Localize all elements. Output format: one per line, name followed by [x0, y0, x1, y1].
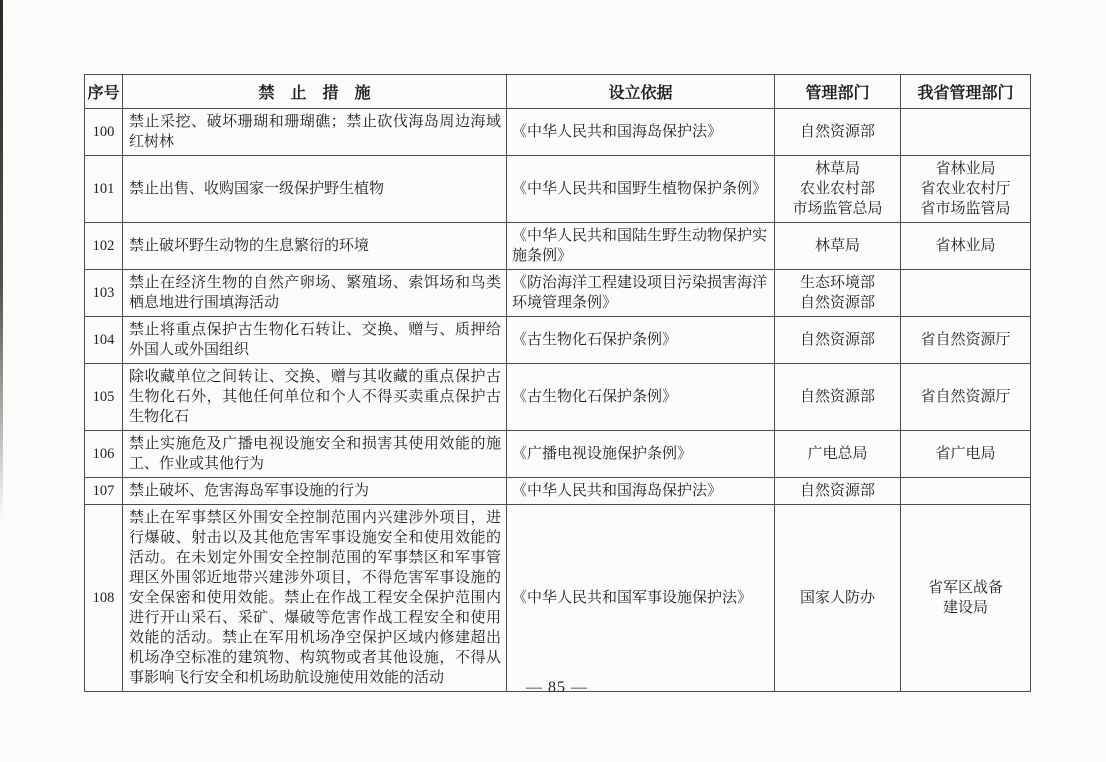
provincial-department-cell	[901, 109, 1031, 156]
management-department-cell: 自然资源部	[775, 364, 901, 431]
table-header-row: 序号 禁 止 措 施 设立依据 管理部门 我省管理部门	[85, 75, 1031, 109]
serial-number-cell: 104	[85, 317, 123, 364]
measure-cell: 禁止出售、收购国家一级保护野生植物	[123, 156, 507, 223]
serial-number-cell: 100	[85, 109, 123, 156]
serial-number-cell: 102	[85, 223, 123, 270]
measure-cell: 禁止实施危及广播电视设施安全和损害其使用效能的施工、作业或其他行为	[123, 431, 507, 478]
serial-number-cell: 106	[85, 431, 123, 478]
table-row: 107 禁止破坏、危害海岛军事设施的行为 《中华人民共和国海岛保护法》 自然资源…	[85, 478, 1031, 505]
provincial-department-cell: 省林业局	[901, 223, 1031, 270]
header-provincial-department: 我省管理部门	[901, 75, 1031, 109]
scan-edge-artifact	[0, 0, 3, 520]
management-department-cell: 广电总局	[775, 431, 901, 478]
serial-number-cell: 105	[85, 364, 123, 431]
provincial-department-cell: 省林业局 省农业农村厅 省市场监管局	[901, 156, 1031, 223]
header-prohibited-measures: 禁 止 措 施	[123, 75, 507, 109]
header-management-department: 管理部门	[775, 75, 901, 109]
measure-cell: 禁止采挖、破坏珊瑚和珊瑚礁；禁止砍伐海岛周边海域红树林	[123, 109, 507, 156]
provincial-department-cell	[901, 270, 1031, 317]
table-row: 106 禁止实施危及广播电视设施安全和损害其使用效能的施工、作业或其他行为 《广…	[85, 431, 1031, 478]
management-department-cell: 自然资源部	[775, 317, 901, 364]
management-department-cell: 自然资源部	[775, 478, 901, 505]
provincial-department-cell	[901, 478, 1031, 505]
measure-cell: 禁止在军事禁区外围安全控制范围内兴建涉外项目，进行爆破、射击以及其他危害军事设施…	[123, 505, 507, 692]
serial-number-cell: 103	[85, 270, 123, 317]
table-row: 100 禁止采挖、破坏珊瑚和珊瑚礁；禁止砍伐海岛周边海域红树林 《中华人民共和国…	[85, 109, 1031, 156]
management-department-cell: 林草局	[775, 223, 901, 270]
basis-cell: 《中华人民共和国陆生野生动物保护实施条例》	[507, 223, 775, 270]
measure-cell: 禁止在经济生物的自然产卵场、繁殖场、索饵场和鸟类栖息地进行围填海活动	[123, 270, 507, 317]
basis-cell: 《广播电视设施保护条例》	[507, 431, 775, 478]
provincial-department-cell: 省自然资源厅	[901, 317, 1031, 364]
management-department-cell: 国家人防办	[775, 505, 901, 692]
management-department-cell: 林草局 农业农村部 市场监管总局	[775, 156, 901, 223]
table-row: 103 禁止在经济生物的自然产卵场、繁殖场、索饵场和鸟类栖息地进行围填海活动 《…	[85, 270, 1031, 317]
basis-cell: 《防治海洋工程建设项目污染损害海洋环境管理条例》	[507, 270, 775, 317]
header-legal-basis: 设立依据	[507, 75, 775, 109]
provincial-department-cell: 省自然资源厅	[901, 364, 1031, 431]
provincial-department-cell: 省广电局	[901, 431, 1031, 478]
table-row: 108 禁止在军事禁区外围安全控制范围内兴建涉外项目，进行爆破、射击以及其他危害…	[85, 505, 1031, 692]
basis-cell: 《古生物化石保护条例》	[507, 364, 775, 431]
basis-cell: 《古生物化石保护条例》	[507, 317, 775, 364]
basis-cell: 《中华人民共和国军事设施保护法》	[507, 505, 775, 692]
table-row: 102 禁止破坏野生动物的生息繁衍的环境 《中华人民共和国陆生野生动物保护实施条…	[85, 223, 1031, 270]
document-page: 序号 禁 止 措 施 设立依据 管理部门 我省管理部门 100 禁止采挖、破坏珊…	[0, 0, 1106, 762]
table-row: 104 禁止将重点保护古生物化石转让、交换、赠与、质押给外国人或外国组织 《古生…	[85, 317, 1031, 364]
measure-cell: 禁止破坏野生动物的生息繁衍的环境	[123, 223, 507, 270]
basis-cell: 《中华人民共和国野生植物保护条例》	[507, 156, 775, 223]
prohibition-measures-table: 序号 禁 止 措 施 设立依据 管理部门 我省管理部门 100 禁止采挖、破坏珊…	[84, 74, 1031, 692]
table-row: 101 禁止出售、收购国家一级保护野生植物 《中华人民共和国野生植物保护条例》 …	[85, 156, 1031, 223]
page-number: — 85 —	[84, 679, 1030, 697]
measure-cell: 除收藏单位之间转让、交换、赠与其收藏的重点保护古生物化石外，其他任何单位和个人不…	[123, 364, 507, 431]
table-header: 序号 禁 止 措 施 设立依据 管理部门 我省管理部门	[85, 75, 1031, 109]
serial-number-cell: 107	[85, 478, 123, 505]
basis-cell: 《中华人民共和国海岛保护法》	[507, 109, 775, 156]
measure-cell: 禁止将重点保护古生物化石转让、交换、赠与、质押给外国人或外国组织	[123, 317, 507, 364]
header-serial-number: 序号	[85, 75, 123, 109]
basis-cell: 《中华人民共和国海岛保护法》	[507, 478, 775, 505]
management-department-cell: 自然资源部	[775, 109, 901, 156]
provincial-department-cell: 省军区战备 建设局	[901, 505, 1031, 692]
management-department-cell: 生态环境部 自然资源部	[775, 270, 901, 317]
measure-cell: 禁止破坏、危害海岛军事设施的行为	[123, 478, 507, 505]
serial-number-cell: 101	[85, 156, 123, 223]
table-row: 105 除收藏单位之间转让、交换、赠与其收藏的重点保护古生物化石外，其他任何单位…	[85, 364, 1031, 431]
serial-number-cell: 108	[85, 505, 123, 692]
table-body: 100 禁止采挖、破坏珊瑚和珊瑚礁；禁止砍伐海岛周边海域红树林 《中华人民共和国…	[85, 109, 1031, 692]
